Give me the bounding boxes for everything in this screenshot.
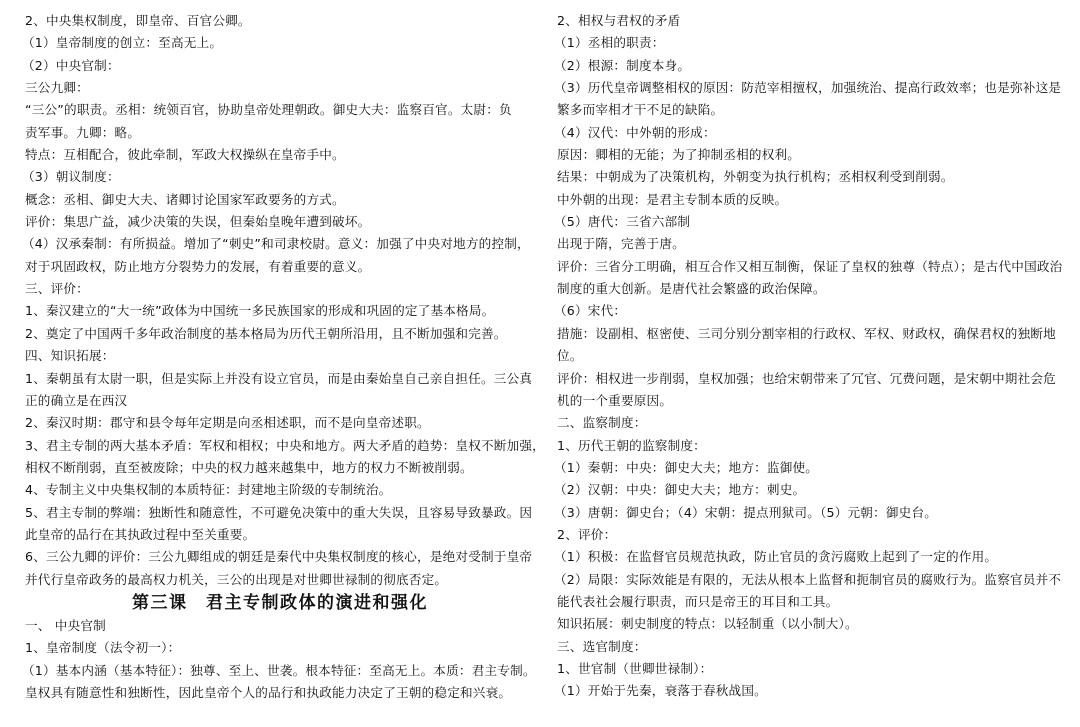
left-text-line: 1、秦汉建立的“大一统”政体为中国统一多民族国家的形成和巩固的定了基本格局。 [25, 300, 535, 322]
right-text-line: 机的一个重要原因。 [557, 390, 1067, 412]
left-text-line: 对于巩固政权，防止地方分裂势力的发展，有着重要的意义。 [25, 256, 535, 278]
right-text-line: 三、选官制度： [557, 636, 1067, 658]
left-text-line: （2）中央官制： [22, 55, 535, 77]
left-text-line: 3、君主专制的两大基本矛盾：军权和相权；中央和地方。两大矛盾的趋势：皇权不断加强… [25, 435, 535, 457]
right-text-line: 制度的重大创新。是唐代社会繁盛的政治保障。 [557, 278, 1067, 300]
left-text-line: 2、秦汉时期：郡守和县令每年定期是向丞相述职，而不是向皇帝述职。 [25, 412, 535, 434]
left-text-line: 5、君主专制的弊端：独断性和随意性，不可避免决策中的重大失误，且容易导致暴政。因 [25, 502, 535, 524]
left-text-line: 4、专制主义中央集权制的本质特征：封建地主阶级的专制统治。 [25, 479, 535, 501]
left-text-line: 相权不断削弱，直至被废除；中央的权力越来越集中，地方的权力不断被削弱。 [25, 457, 535, 479]
right-text-line: 出现于隋，完善于唐。 [557, 233, 1067, 255]
right-text-line: 二、监察制度： [557, 412, 1067, 434]
right-text-line: （1）丞相的职责： [554, 32, 1067, 54]
left-text-line: 一、 中央官制 [25, 615, 535, 637]
left-text-line: 6、三公九卿的评价：三公九卿组成的朝廷是秦代中央集权制度的核心，是绝对受制于皇帝 [25, 546, 535, 568]
left-text-line: 三公九卿： [25, 77, 535, 99]
left-text-line: 特点：互相配合，彼此牵制，军政大权操纵在皇帝手中。 [25, 144, 535, 166]
right-text-line: 2、评价： [557, 524, 1067, 546]
right-text-line: 评价：三省分工明确，相互合作又相互制衡，保证了皇权的独尊（特点）；是古代中国政治 [557, 256, 1067, 278]
left-text-line: 皇权具有随意性和独断性，因此皇帝个人的品行和执政能力决定了王朝的稳定和兴衰。 [25, 682, 535, 704]
left-text-line: “三公”的职责。丞相：统领百官，协助皇帝处理朝政。御史大夫：监察百官。太尉：负 [25, 99, 535, 121]
right-text-line: （1）积极：在监督官员规范执政，防止官员的贪污腐败上起到了一定的作用。 [554, 546, 1067, 568]
right-text-line: 评价：相权进一步削弱，皇权加强；也给宋朝带来了冗官、冗费问题，是宋朝中期社会危 [557, 368, 1067, 390]
right-text-line: 1、世官制（世卿世禄制）： [557, 658, 1067, 680]
left-text-line: 1、秦朝虽有太尉一职，但是实际上并没有设立官员，而是由秦始皇自己亲自担任。三公真 [25, 368, 535, 390]
right-text-line: （2）汉朝：中央：御史大夫；地方：刺史。 [554, 479, 1067, 501]
left-text-line: （3）朝议制度： [22, 166, 535, 188]
left-text-line: 此皇帝的品行在其执政过程中至关重要。 [25, 524, 535, 546]
right-text-line: 原因：卿相的无能；为了抑制丞相的权利。 [557, 144, 1067, 166]
left-text-line: 四、知识拓展： [25, 345, 535, 367]
right-text-line: （2）局限：实际效能是有限的，无法从根本上监督和扼制官员的腐败行为。监察官员并不 [554, 569, 1067, 591]
right-text-line: （2）根源：制度本身。 [554, 55, 1067, 77]
right-text-line: （5）唐代：三省六部制 [554, 211, 1067, 233]
right-text-line: （4）汉代：中外朝的形成： [554, 122, 1067, 144]
left-text-line: （1）基本内涵（基本特征）：独尊、至上、世袭。根本特征：至高无上。本质：君主专制… [22, 660, 535, 682]
left-text-line: 概念：丞相、御史大夫、诸卿讨论国家军政要务的方式。 [25, 189, 535, 211]
left-text-line: 正的确立是在西汉 [25, 390, 535, 412]
left-text-line: （4）汉承秦制：有所损益。增加了“刺史”和司隶校尉。意义：加强了中央对地方的控制… [22, 233, 535, 255]
right-text-line: 位。 [557, 345, 1067, 367]
right-text-line: （6）宋代： [554, 300, 1067, 322]
right-text-line: 措施：设副相、枢密使、三司分别分割宰相的行政权、军权、财政权，确保君权的独断地 [557, 323, 1067, 345]
right-text-line: （1）秦朝：中央：御史大夫；地方：监御使。 [554, 457, 1067, 479]
left-text-line: 评价：集思广益，减少决策的失误，但秦始皇晚年遭到破坏。 [25, 211, 535, 233]
left-text-line: 责军事。九卿：略。 [25, 122, 535, 144]
left-text-line: 2、中央集权制度，即皇帝、百官公卿。 [25, 10, 535, 32]
left-text-line: （1）皇帝制度的创立：至高无上。 [22, 32, 535, 54]
left-column: 2、中央集权制度，即皇帝、百官公卿。（1）皇帝制度的创立：至高无上。（2）中央官… [25, 10, 535, 704]
left-text-line: 2、奠定了中国两千多年政治制度的基本格局为历代王朝所沿用，且不断加强和完善。 [25, 323, 535, 345]
lesson-heading: 第三课 君主专制政体的演进和强化 [25, 590, 535, 616]
document-page: 2、中央集权制度，即皇帝、百官公卿。（1）皇帝制度的创立：至高无上。（2）中央官… [0, 0, 1080, 727]
right-column: 2、相权与君权的矛盾（1）丞相的职责：（2）根源：制度本身。（3）历代皇帝调整相… [557, 10, 1067, 703]
right-text-line: 繁多而宰相才干不足的缺陷。 [557, 99, 1067, 121]
right-text-line: 2、相权与君权的矛盾 [557, 10, 1067, 32]
right-text-line: （3）历代皇帝调整相权的原因：防范宰相擅权，加强统治、提高行政效率；也是弥补这是 [554, 77, 1067, 99]
right-text-line: 能代表社会履行职责，而只是帝王的耳目和工具。 [557, 591, 1067, 613]
right-text-line: （1）开始于先秦，衰落于春秋战国。 [554, 680, 1067, 702]
left-text-line: 三、评价： [25, 278, 535, 300]
right-text-line: 结果：中朝成为了决策机构，外朝变为执行机构；丞相权利受到削弱。 [557, 166, 1067, 188]
right-text-line: （3）唐朝：御史台；（4）宋朝：提点刑狱司。（5）元朝：御史台。 [554, 502, 1067, 524]
left-text-line: 1、皇帝制度（法令初一）： [25, 637, 535, 659]
left-text-line: 并代行皇帝政务的最高权力机关，三公的出现是对世卿世禄制的彻底否定。 [25, 569, 535, 591]
right-text-line: 知识拓展：刺史制度的特点：以轻制重（以小制大）。 [557, 613, 1067, 635]
right-text-line: 中外朝的出现：是君主专制本质的反映。 [557, 189, 1067, 211]
right-text-line: 1、历代王朝的监察制度： [557, 435, 1067, 457]
